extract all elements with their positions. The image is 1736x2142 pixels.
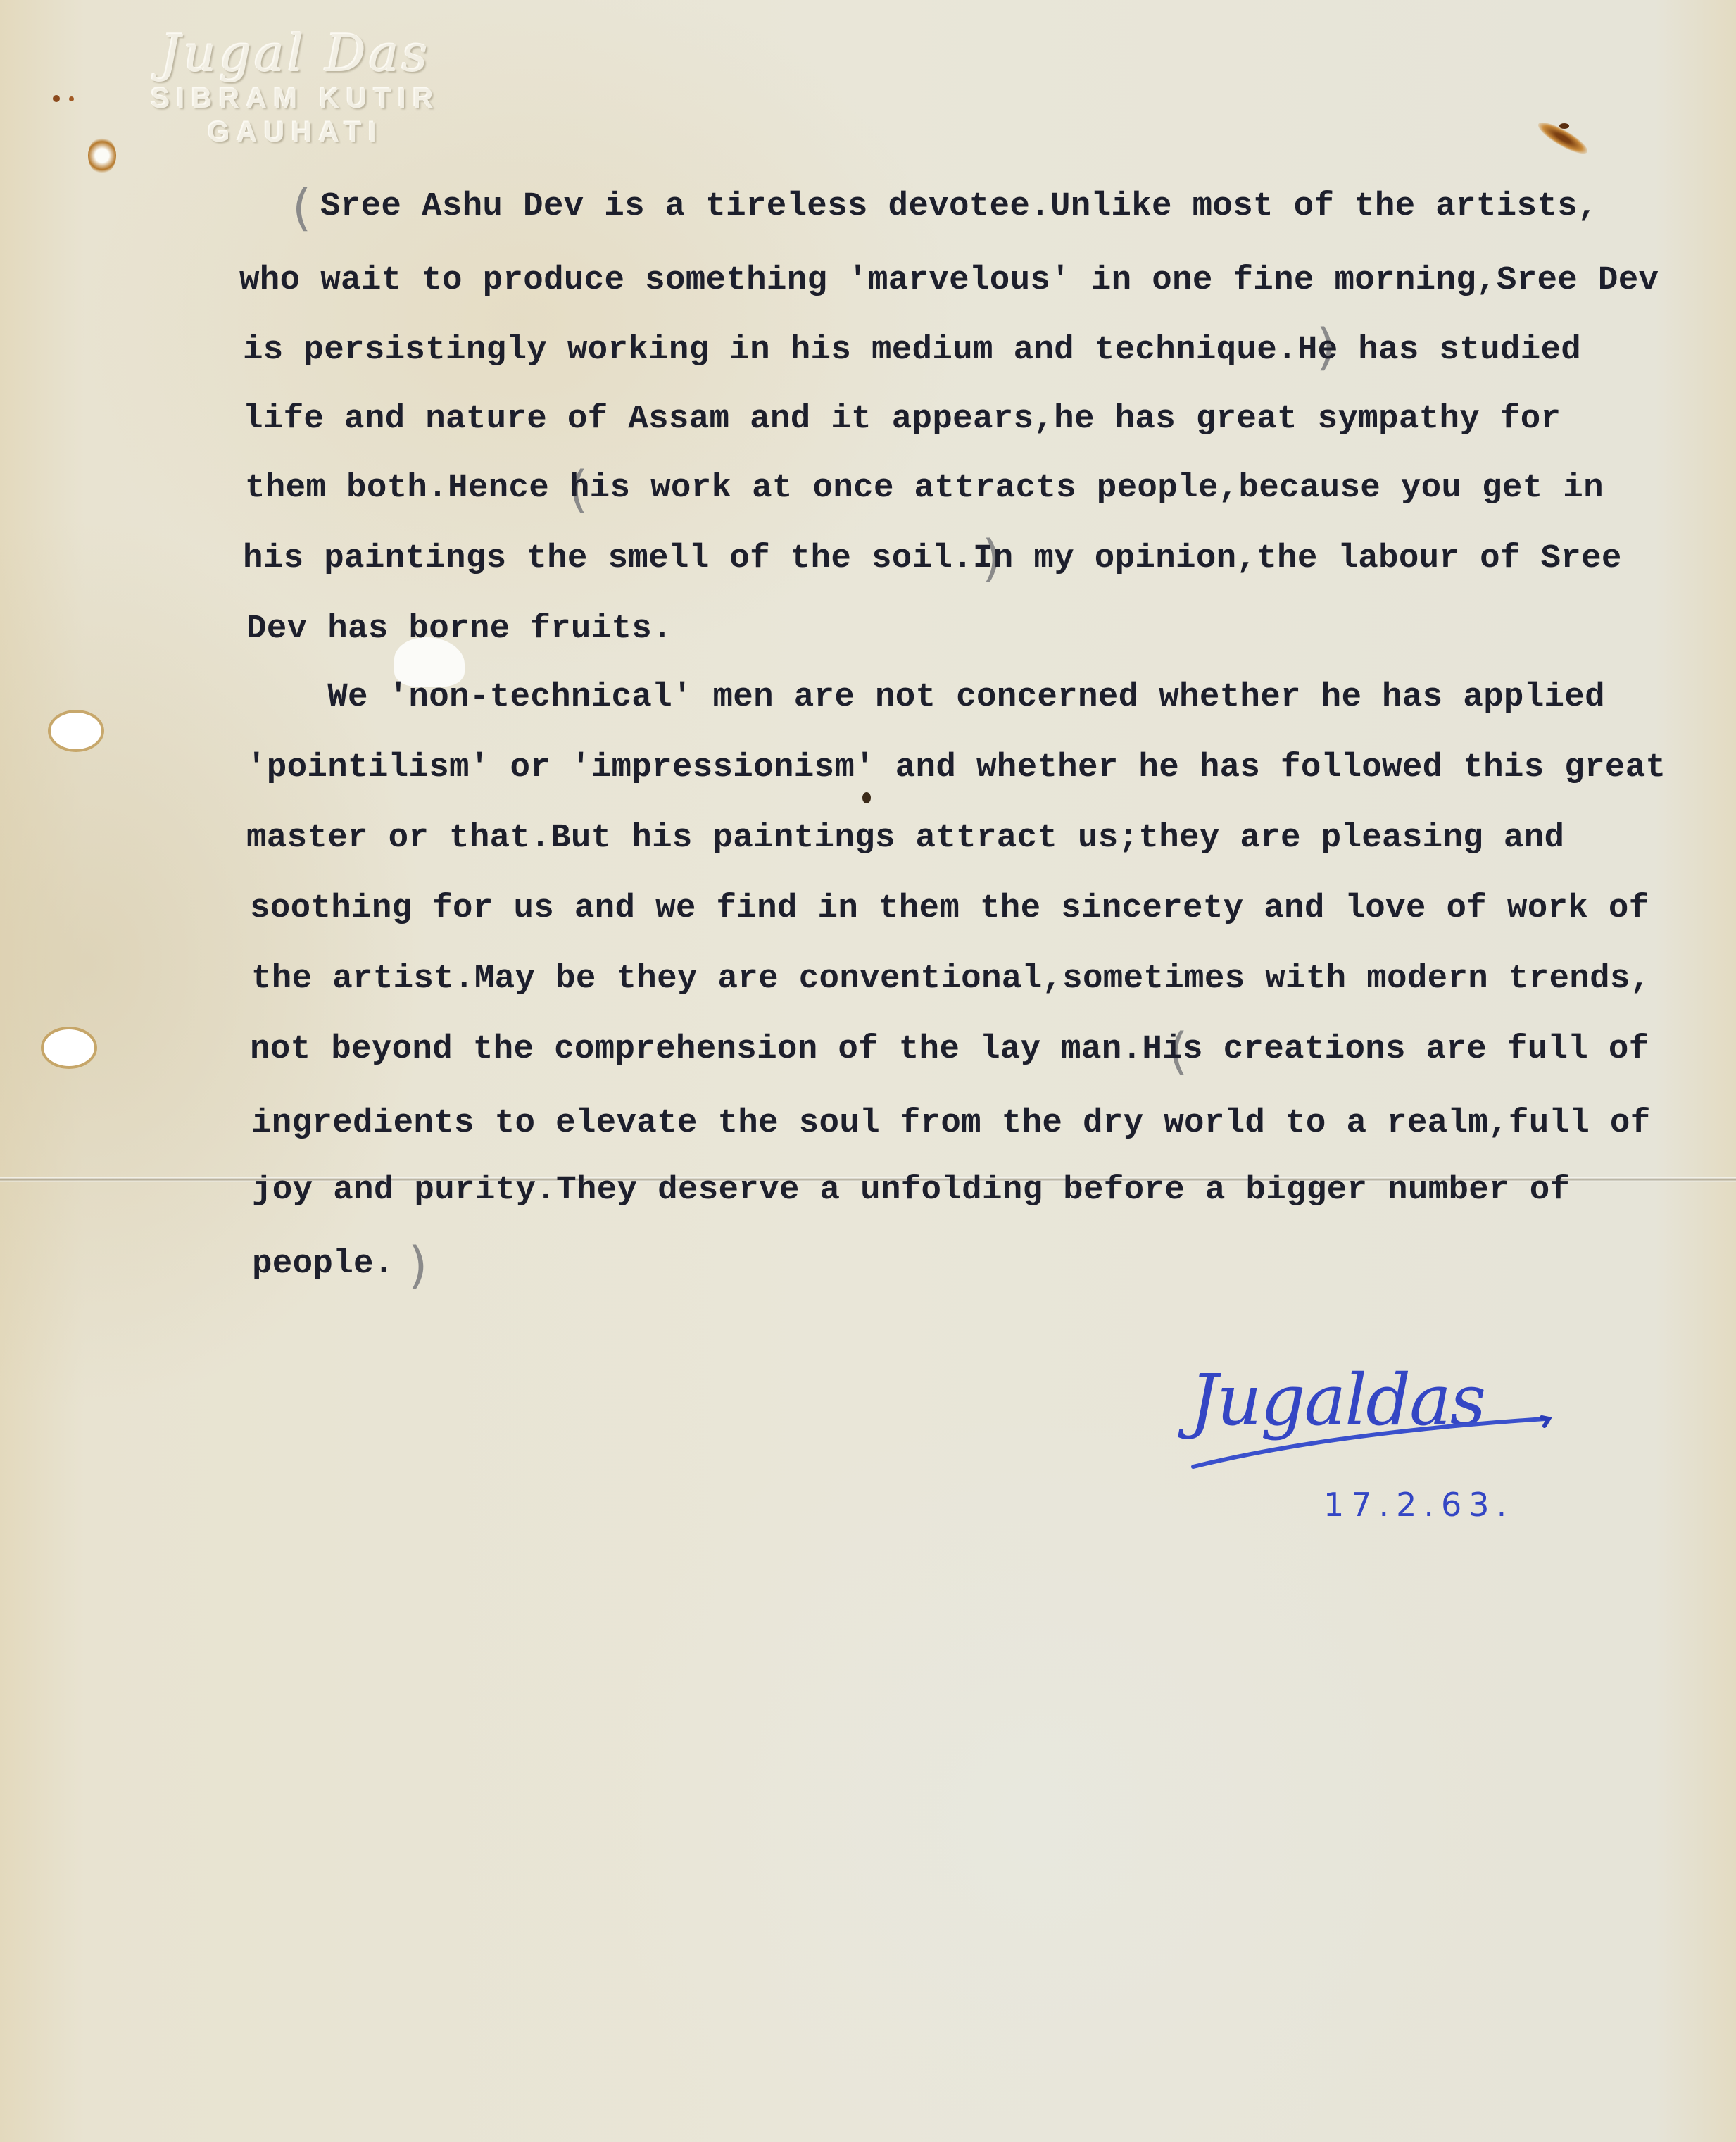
body-line: life and nature of Assam and it appears,… bbox=[243, 398, 1561, 440]
body-line: is persistingly working in his medium an… bbox=[243, 329, 1581, 371]
body-line: master or that.But his paintings attract… bbox=[246, 817, 1564, 859]
punch-hole-bottom bbox=[44, 1029, 94, 1066]
pencil-open-paren: ( bbox=[292, 183, 311, 232]
letterhead-address-line2: GAUHATI bbox=[141, 115, 451, 149]
body-line: joy and purity.They deserve a unfolding … bbox=[252, 1169, 1570, 1211]
ink-spot bbox=[862, 792, 871, 803]
body-line: who wait to produce something 'marvelous… bbox=[239, 259, 1659, 301]
body-line: his paintings the smell of the soil.In m… bbox=[243, 537, 1622, 580]
embossed-letterhead: Jugal Das SIBRAM KUTIR GAUHATI bbox=[141, 25, 451, 166]
letterhead-name: Jugal Das bbox=[141, 25, 451, 82]
punch-hole-top bbox=[51, 713, 101, 749]
rust-spot bbox=[69, 96, 74, 101]
rust-spot bbox=[53, 95, 60, 102]
rust-stain-top-left bbox=[88, 137, 116, 174]
signature-date: 17.2.63. bbox=[1323, 1486, 1514, 1524]
body-line: them both.Hence his work at once attract… bbox=[245, 467, 1604, 509]
body-line: ingredients to elevate the soul from the… bbox=[251, 1102, 1651, 1144]
letterhead-address-line1: SIBRAM KUTIR bbox=[141, 82, 451, 115]
body-line: soothing for us and we find in them the … bbox=[250, 887, 1649, 929]
body-line: 'pointilism' or 'impressionism' and whet… bbox=[246, 746, 1666, 789]
body-line: We 'non-technical' men are not concerned… bbox=[246, 676, 1605, 718]
letter-page: Jugal Das SIBRAM KUTIR GAUHATI ( ( ) ) (… bbox=[0, 0, 1736, 2142]
body-line: people. bbox=[252, 1243, 394, 1285]
body-line: the artist.May be they are conventional,… bbox=[251, 958, 1651, 1000]
rust-spot bbox=[1559, 123, 1569, 129]
signature-underline bbox=[1190, 1391, 1556, 1475]
body-line: not beyond the comprehension of the lay … bbox=[250, 1028, 1649, 1070]
body-line: Sree Ashu Dev is a tireless devotee.Unli… bbox=[320, 185, 1598, 227]
pencil-close-paren: ) bbox=[408, 1241, 427, 1290]
body-line: Dev has borne fruits. bbox=[246, 608, 672, 650]
